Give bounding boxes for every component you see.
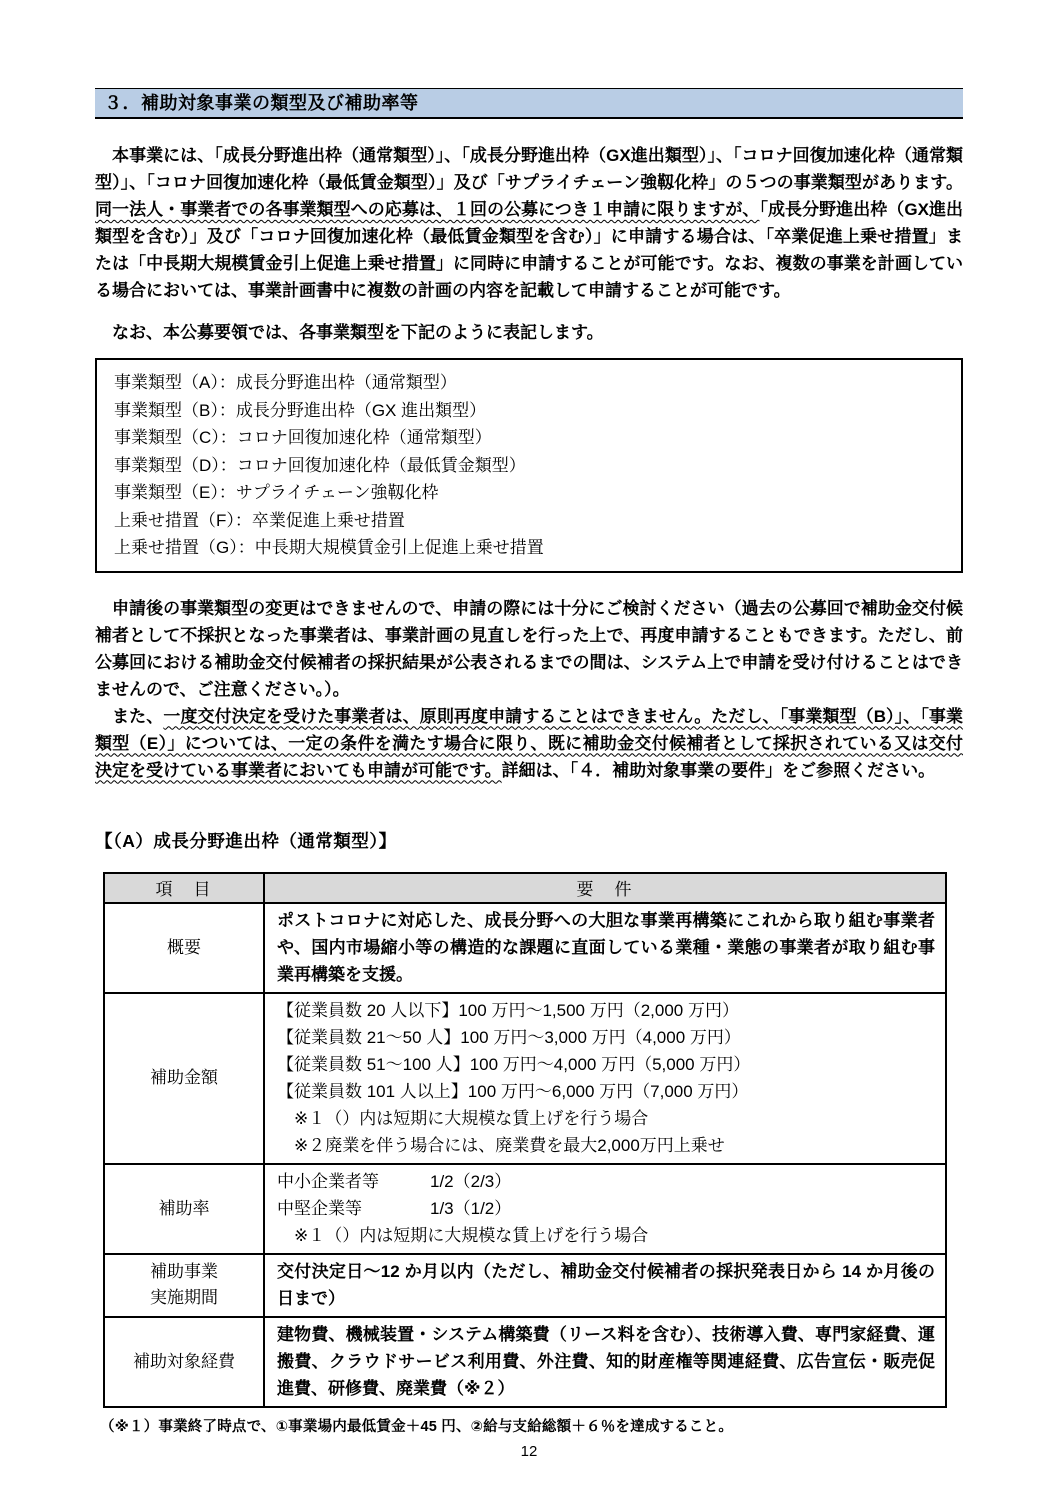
text-line: 事業類型（C）：コロナ回復加速化枠（通常類型） [114,424,961,452]
text-segment: 本事業には、「成長分野進出枠（通常類型）」、「成長分野進出枠（GX進出類型）」、… [95,146,963,192]
text-line: 【従業員数 21～50 人】100 万円～3,000 万円（4,000 万円） [277,1024,935,1051]
table-row-subsidy-amount: 補助金額 【従業員数 20 人以下】100 万円～1,500 万円（2,000 … [104,993,946,1164]
footnote: （※１）事業終了時点で、①事業場内最低賃金＋45 円、②給与支給総額＋６％を達成… [100,1415,963,1436]
row-content: 【従業員数 20 人以下】100 万円～1,500 万円（2,000 万円）【従… [264,993,946,1164]
row-content: 中小企業者等 1/2（2/3）中堅企業等 1/3（1/2） ※１（）内は短期に大… [264,1164,946,1254]
row-label: 補助金額 [104,993,264,1164]
text-segment: 申請後の事業類型の変更はできませんので、申請の際には十分にご検討ください（過去の… [95,599,963,699]
document-page: ３．補助対象事業の類型及び補助率等 本事業には、「成長分野進出枠（通常類型）」、… [0,0,1058,1497]
text-line: 中堅企業等 1/3（1/2） [277,1195,935,1222]
text-line: 事業類型（A）：成長分野進出枠（通常類型） [114,369,961,397]
business-type-box: 事業類型（A）：成長分野進出枠（通常類型）事業類型（B）：成長分野進出枠（GX … [95,358,963,573]
table-row-subsidy-rate: 補助率 中小企業者等 1/2（2/3）中堅企業等 1/3（1/2） ※１（）内は… [104,1164,946,1254]
intro-paragraph: 本事業には、「成長分野進出枠（通常類型）」、「成長分野進出枠（GX進出類型）」、… [95,142,963,304]
text-line: 補助率 [107,1196,261,1222]
text-line: 概要 [107,935,261,961]
column-header-item: 項 目 [104,873,264,903]
text-line: 補助事業 [107,1259,261,1285]
row-content: ポストコロナに対応した、成長分野への大胆な事業再構築にこれから取り組む事業者や、… [264,903,946,993]
text-line: ポストコロナに対応した、成長分野への大胆な事業再構築にこれから取り組む事業者や、… [277,907,935,988]
text-line: 補助対象経費 [107,1349,261,1375]
column-header-requirement: 要 件 [264,873,946,903]
page-content: ３．補助対象事業の類型及び補助率等 本事業には、「成長分野進出枠（通常類型）」、… [95,88,963,1436]
text-line: 交付決定日～12 か月以内（ただし、補助金交付候補者の採択発表日から 14 か月… [277,1258,935,1312]
text-line: 補助金額 [107,1065,261,1091]
text-segment: また、 [95,707,163,726]
text-segment: 詳細は、「４．補助対象事業の要件」をご参照ください。 [502,761,936,780]
section-header-bar: ３．補助対象事業の類型及び補助率等 [95,88,963,119]
row-label: 補助率 [104,1164,264,1254]
text-line: 事業類型（E）：サプライチェーン強靱化枠 [114,479,961,507]
text-line: 建物費、機械装置・システム構築費（リース料を含む）、技術導入費、専門家経費、運搬… [277,1321,935,1402]
text-line: 上乗せ措置（G）：中長期大規模賃金引上促進上乗せ措置 [114,534,961,562]
page-number: 12 [0,1443,1058,1460]
text-line: 実施期間 [107,1285,261,1311]
caution-paragraph: 申請後の事業類型の変更はできませんので、申請の際には十分にご検討ください（過去の… [95,595,963,703]
table-row-eligible-expenses: 補助対象経費 建物費、機械装置・システム構築費（リース料を含む）、技術導入費、専… [104,1317,946,1407]
reapply-paragraph: また、一度交付決定を受けた事業者は、原則再度申請することはできません。ただし、「… [95,703,963,784]
subsection-a-heading: 【（A）成長分野進出枠（通常類型）】 [95,828,963,853]
text-line: ※１（）内は短期に大規模な賃上げを行う場合 [277,1222,935,1249]
table-row-overview: 概要 ポストコロナに対応した、成長分野への大胆な事業再構築にこれから取り組む事業… [104,903,946,993]
text-line: 【従業員数 101 人以上】100 万円～6,000 万円（7,000 万円） [277,1078,935,1105]
text-line: ※２廃業を伴う場合には、廃業費を最大2,000万円上乗せ [277,1132,935,1159]
row-content: 交付決定日～12 か月以内（ただし、補助金交付候補者の採択発表日から 14 か月… [264,1254,946,1317]
text-line: 中小企業者等 1/2（2/3） [277,1168,935,1195]
text-line: 事業類型（B）：成長分野進出枠（GX 進出類型） [114,397,961,425]
text-line: 【従業員数 20 人以下】100 万円～1,500 万円（2,000 万円） [277,997,935,1024]
row-label: 補助事業実施期間 [104,1254,264,1317]
underlined-text: 同一法人・事業者での各事業類型への応募は、１回の公募につき１申請に限りますが、 [95,200,759,219]
text-line: 【従業員数 51～100 人】100 万円～4,000 万円（5,000 万円） [277,1051,935,1078]
text-line: 上乗せ措置（F）：卒業促進上乗せ措置 [114,507,961,535]
text-line: ※１（）内は短期に大規模な賃上げを行う場合 [277,1105,935,1132]
notation-note-line: なお、本公募要領では、各事業類型を下記のように表記します。 [95,319,963,346]
requirements-table: 項 目 要 件 概要 ポストコロナに対応した、成長分野への大胆な事業再構築にこれ… [103,872,947,1408]
section-title: ３．補助対象事業の類型及び補助率等 [104,93,419,113]
row-label: 概要 [104,903,264,993]
row-content: 建物費、機械装置・システム構築費（リース料を含む）、技術導入費、専門家経費、運搬… [264,1317,946,1407]
row-label: 補助対象経費 [104,1317,264,1407]
table-header-row: 項 目 要 件 [104,873,946,903]
table-row-implementation-period: 補助事業実施期間 交付決定日～12 か月以内（ただし、補助金交付候補者の採択発表… [104,1254,946,1317]
text-line: 事業類型（D）：コロナ回復加速化枠（最低賃金類型） [114,452,961,480]
